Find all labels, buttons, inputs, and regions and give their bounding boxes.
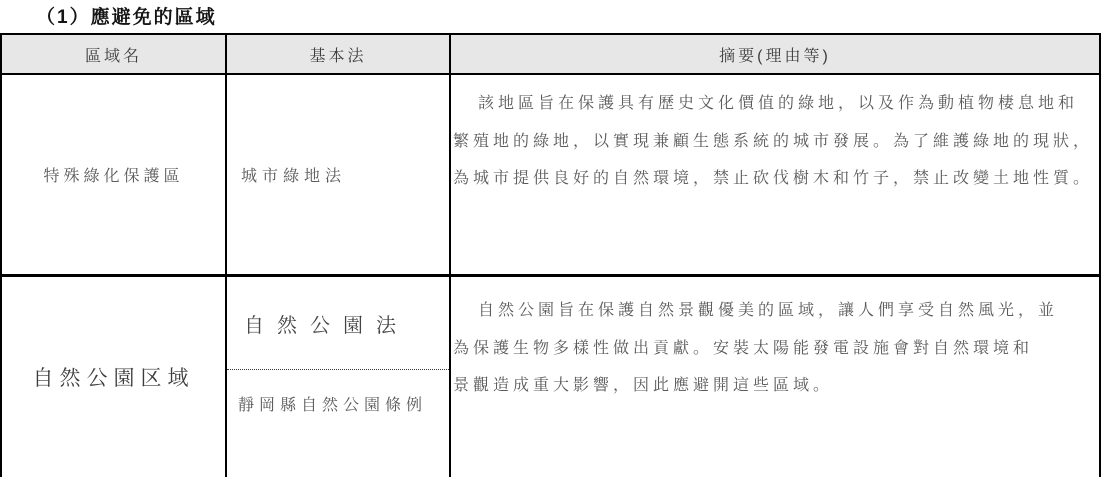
basic-law-split-cell: 自然公園法 靜岡縣自然公園條例	[227, 277, 451, 477]
header-cell-summary: 摘要(理由等)	[451, 35, 1099, 73]
table-header-row: 區域名 基本法 摘要(理由等)	[2, 35, 1099, 75]
summary-line: 該地區旨在保護具有歷史文化價值的綠地，以及作為動植物棲息地和	[453, 85, 1097, 123]
summary-line: 景觀造成重大影響，因此應避開這些區域。	[453, 367, 1097, 405]
summary-cell: 自然公園旨在保護自然景觀優美的區域，讓人們享受自然風光，並 為保護生物多樣性做出…	[451, 277, 1099, 477]
basic-law-cell: 靜岡縣自然公園條例	[227, 370, 449, 477]
summary-line: 為保護生物多樣性做出貢獻。安裝太陽能發電設施會對自然環境和	[453, 330, 1097, 368]
region-name-cell: 特殊綠化保護區	[2, 75, 227, 274]
basic-law-cell: 自然公園法	[227, 277, 449, 370]
document-page: { "title": "（1）應避免的區域", "table": { "head…	[0, 0, 1106, 477]
summary-line: 為城市提供良好的自然環境，禁止砍伐樹木和竹子，禁止改變土地性質。	[453, 160, 1097, 198]
table-row: 自然公園区域 自然公園法 靜岡縣自然公園條例 自然公園旨在保護自然景觀優美的區域…	[2, 277, 1099, 477]
summary-cell: 該地區旨在保護具有歷史文化價值的綠地，以及作為動植物棲息地和 繁殖地的綠地，以實…	[451, 75, 1099, 274]
section-title: （1）應避免的區域	[36, 2, 217, 29]
table-row: 特殊綠化保護區 城市綠地法 該地區旨在保護具有歷史文化價值的綠地，以及作為動植物…	[2, 75, 1099, 277]
region-name-cell: 自然公園区域	[2, 277, 227, 477]
summary-line: 繁殖地的綠地，以實現兼顧生態系統的城市發展。為了維護綠地的現狀，	[453, 123, 1097, 161]
avoid-areas-table: 區域名 基本法 摘要(理由等) 特殊綠化保護區 城市綠地法 該地區旨在保護具有歷…	[0, 33, 1101, 477]
basic-law-cell: 城市綠地法	[227, 75, 451, 274]
header-cell-region: 區域名	[2, 35, 227, 73]
summary-line: 自然公園旨在保護自然景觀優美的區域，讓人們享受自然風光，並	[453, 292, 1097, 330]
header-cell-basic-law: 基本法	[227, 35, 451, 73]
